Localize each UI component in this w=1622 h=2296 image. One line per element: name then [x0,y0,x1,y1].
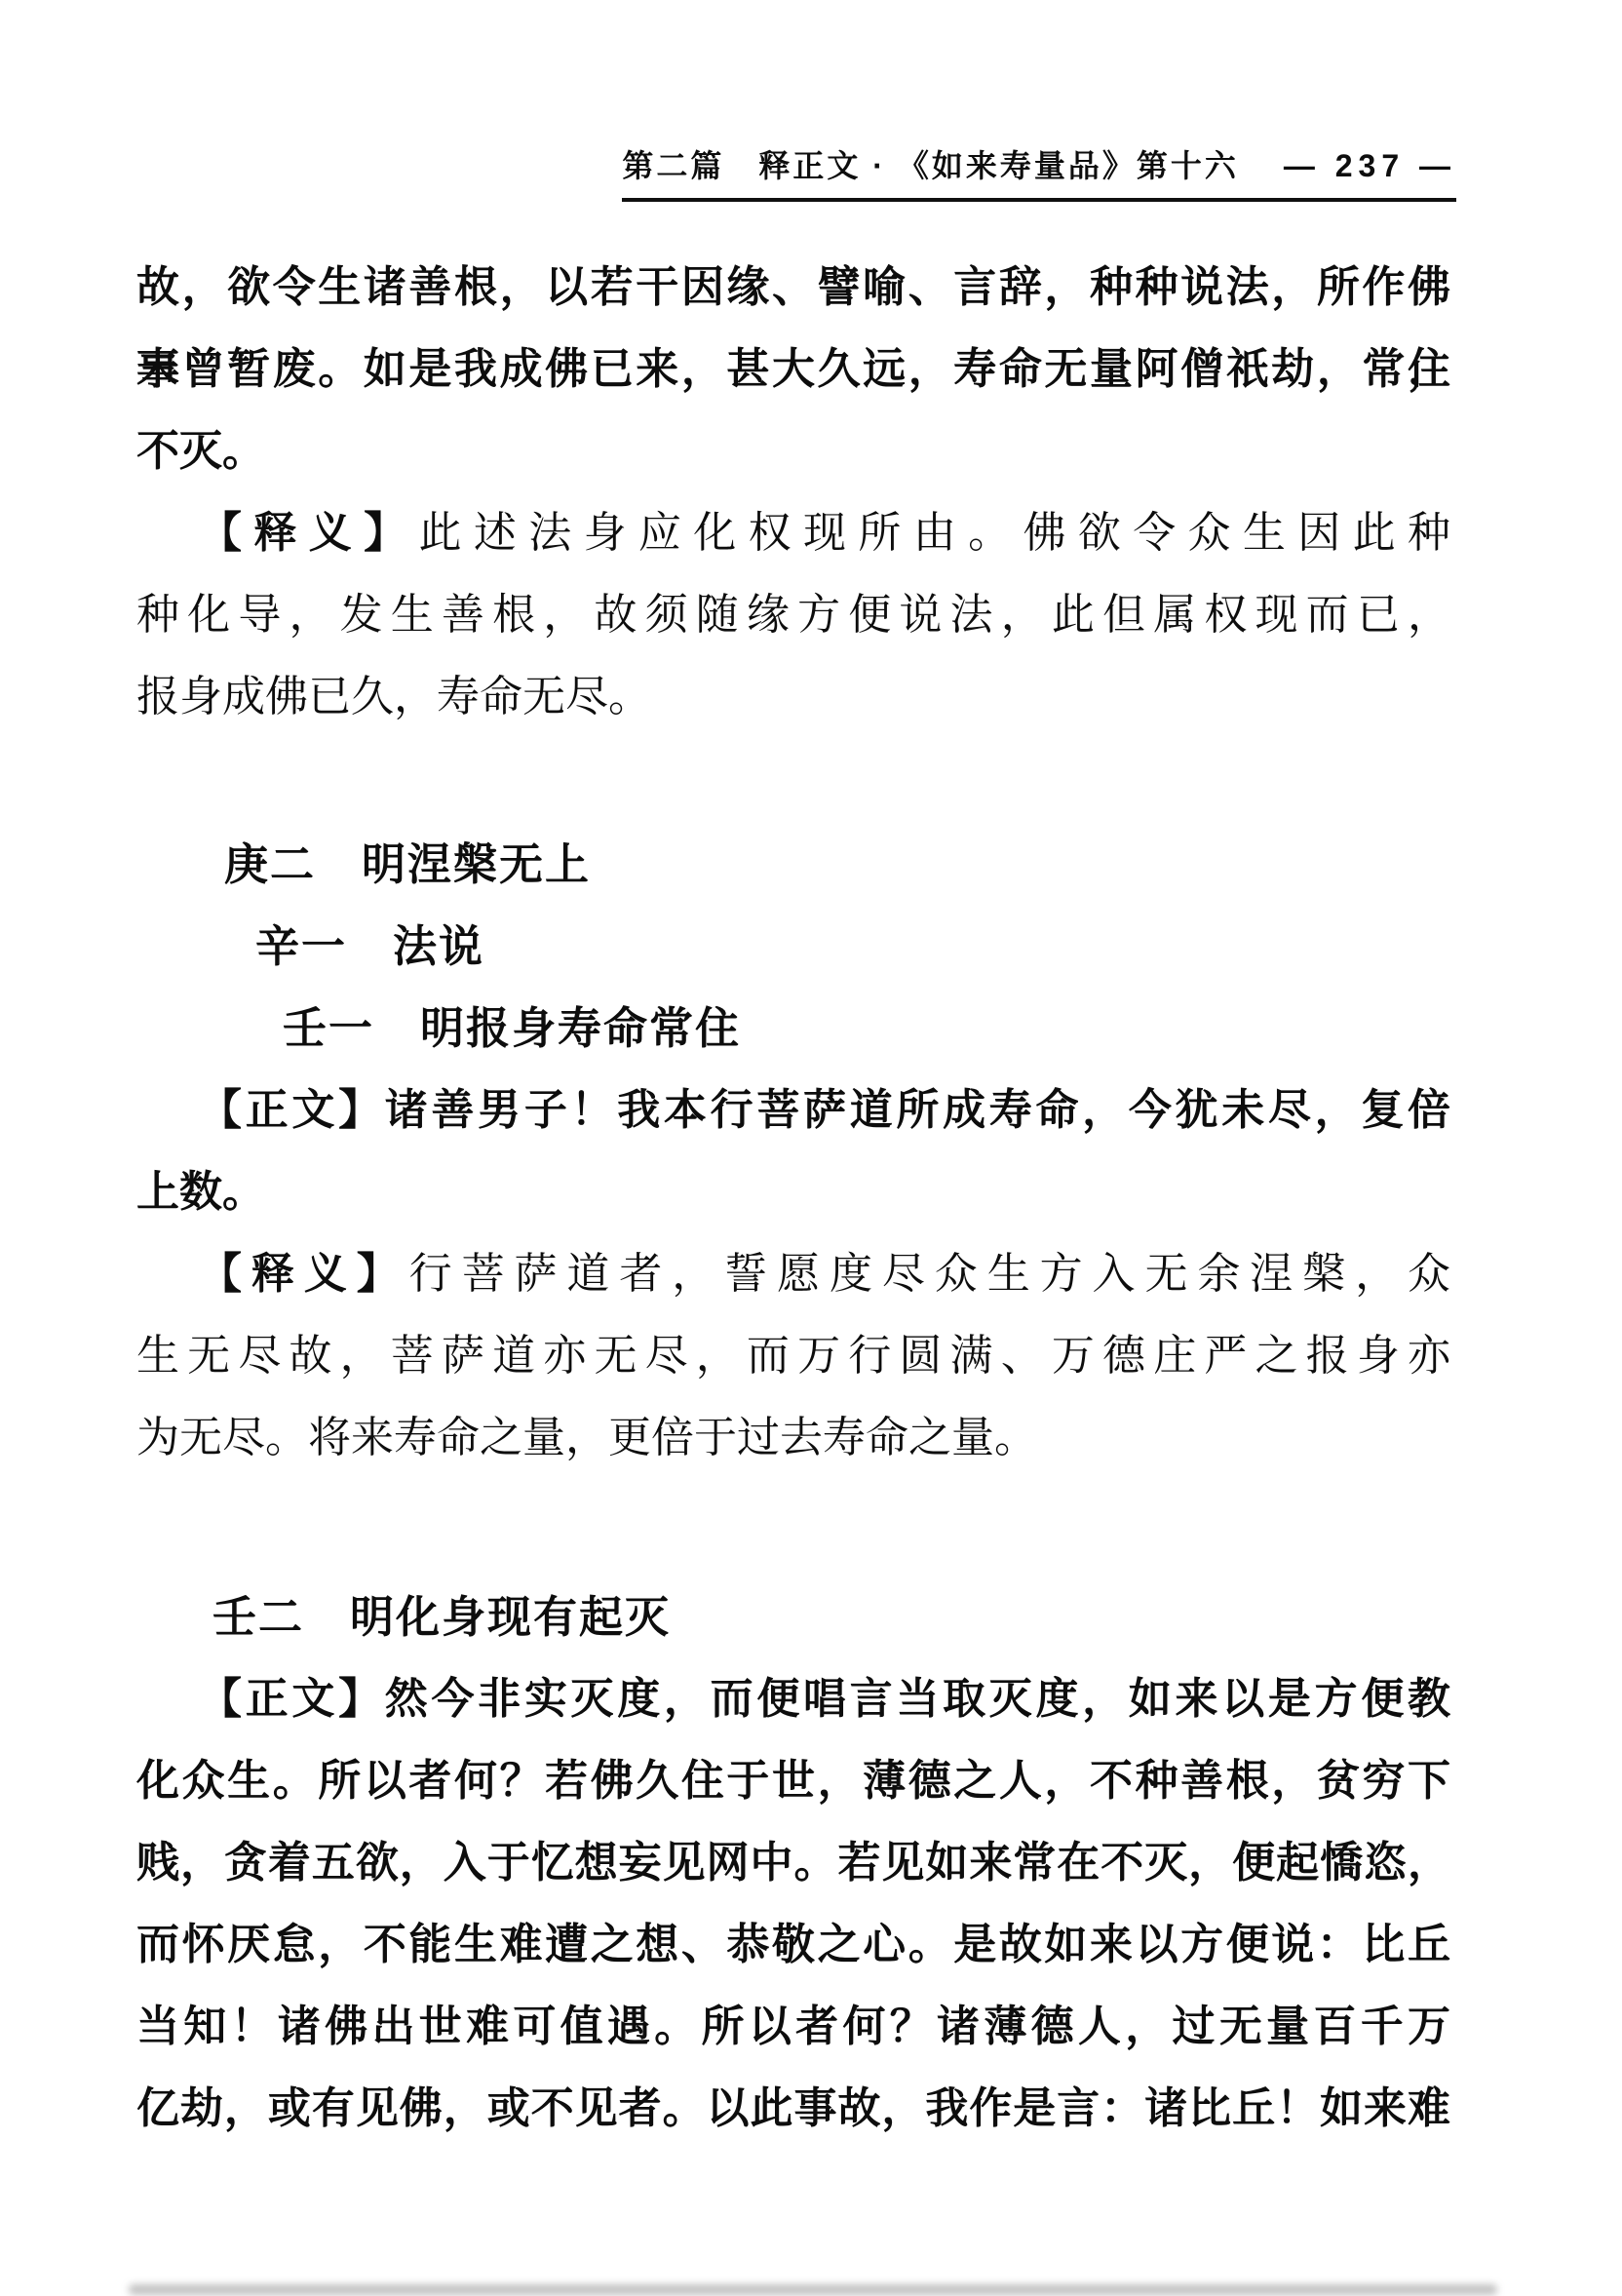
section-heading: 庚二 明涅槃无上 [136,824,1450,906]
text-line: 【释义】此述法身应化权现所由。佛欲令众生因此种 [136,492,1450,574]
running-header: 第二篇 释正文 · 《如来寿量品》第十六 — 237 — [622,146,1456,202]
scripture-paragraph: 故，欲令生诸善根，以若干因缘、譬喻、言辞，种种说法，所作佛事，未曾暂废。如是我成… [136,247,1450,492]
page-body-text: 故，欲令生诸善根，以若干因缘、譬喻、言辞，种种说法，所作佛事，未曾暂废。如是我成… [136,247,1450,2150]
text-line: 故，欲令生诸善根，以若干因缘、譬喻、言辞，种种说法，所作佛事， [136,247,1450,329]
scan-artifact-bottom [129,2284,1497,2295]
text-line: 报身成佛已久，寿命无尽。 [136,656,1450,738]
commentary-paragraph: 【释义】行菩萨道者，誓愿度尽众生方入无余涅槃，众生无尽故，菩萨道亦无尽，而万行圆… [136,1233,1450,1479]
text-line: 上数。 [136,1151,1450,1233]
text-line: 当知！诸佛出世难可值遇。所以者何？诸薄德人，过无量百千万 [136,1986,1450,2068]
text-line: 亿劫，或有见佛，或不见者。以此事故，我作是言：诸比丘！如来难 [136,2068,1450,2150]
block-tag-label: 【释义】 [199,1250,409,1298]
section-heading: 壬二 明化身现有起灭 [136,1576,1450,1658]
text-line: 【释义】行菩萨道者，誓愿度尽众生方入无余涅槃，众 [136,1233,1450,1315]
book-page: 第二篇 释正文 · 《如来寿量品》第十六 — 237 — 故，欲令生诸善根，以若… [0,0,1622,2296]
text-line: 【正文】然今非实灭度，而便唱言当取灭度，如来以是方便教 [136,1658,1450,1740]
text-line: 为无尽。将来寿命之量，更倍于过去寿命之量。 [136,1397,1450,1479]
block-tag-label: 【释义】 [199,509,418,557]
section-heading: 壬一 明报身寿命常住 [136,988,1450,1070]
page-number: — 237 — [1284,146,1456,185]
section-heading: 辛一 法说 [136,906,1450,988]
text-line: 种化导，发生善根，故须随缘方便说法，此但属权现而已， [136,574,1450,656]
scripture-paragraph: 【正文】诸善男子！我本行菩萨道所成寿命，今犹未尽，复倍上数。 [136,1070,1450,1233]
commentary-paragraph: 【释义】此述法身应化权现所由。佛欲令众生因此种种化导，发生善根，故须随缘方便说法… [136,492,1450,738]
text-line: 未曾暂废。如是我成佛已来，甚大久远，寿命无量阿僧祇劫，常住 [136,329,1450,410]
block-tag-label: 【正文】 [199,1675,385,1723]
text-line: 而怀厌怠，不能生难遭之想、恭敬之心。是故如来以方便说：比丘 [136,1904,1450,1986]
block-tag-label: 【正文】 [199,1086,385,1134]
text-line: 化众生。所以者何？若佛久住于世，薄德之人，不种善根，贫穷下 [136,1740,1450,1822]
text-line: 贱，贪着五欲，入于忆想妄见网中。若见如来常在不灭，便起憍恣， [136,1822,1450,1904]
running-header-title: 第二篇 释正文 · 《如来寿量品》第十六 [622,146,1238,185]
text-line: 【正文】诸善男子！我本行菩萨道所成寿命，今犹未尽，复倍 [136,1070,1450,1151]
text-line: 生无尽故，菩萨道亦无尽，而万行圆满、万德庄严之报身亦 [136,1315,1450,1397]
scripture-paragraph: 【正文】然今非实灭度，而便唱言当取灭度，如来以是方便教化众生。所以者何？若佛久住… [136,1658,1450,2150]
text-line: 不灭。 [136,410,1450,492]
